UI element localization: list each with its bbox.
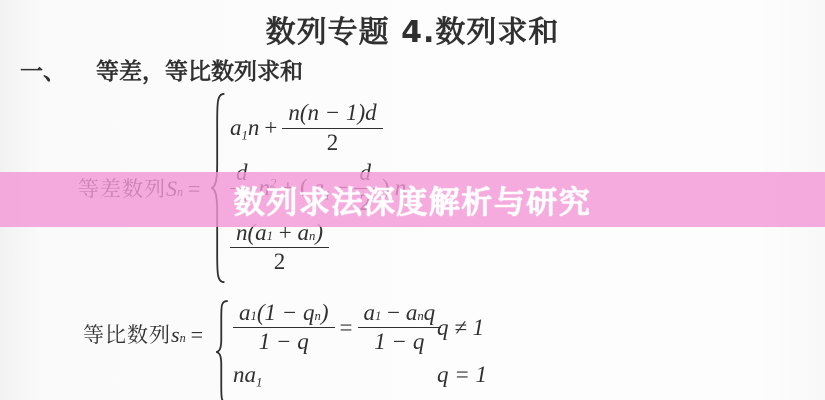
condition-q-equals-1: q = 1 xyxy=(437,362,487,388)
geometric-symbol: s xyxy=(171,322,180,348)
fraction: n(a1 + an) 2 xyxy=(230,220,329,276)
equals-sign: = xyxy=(340,315,353,341)
headline-banner: 数列求法深度解析与研究 xyxy=(0,172,825,227)
fraction-denominator: 2 xyxy=(274,248,286,275)
fraction-numerator: a1 − anq xyxy=(358,300,442,328)
math-token: na1 xyxy=(233,362,262,388)
fraction-denominator: 1 − q xyxy=(259,328,309,355)
geometric-sum-formula: 等比数列 sn = a1(1 − qn) 1 − q = xyxy=(83,300,533,400)
fraction-numerator: a1(1 − qn) xyxy=(233,300,335,328)
fraction-denominator: 1 − q xyxy=(374,328,424,355)
fraction-denominator: 2 xyxy=(327,129,339,156)
plus-operator: + xyxy=(264,115,277,141)
curly-brace-icon xyxy=(214,300,230,400)
geometric-cases: a1(1 − qn) 1 − q = a1 − anq 1 − q q ≠ 1 … xyxy=(233,300,533,388)
section-title: 等差，等比数列求和 xyxy=(96,53,303,86)
geometric-label-text: 等比数列 xyxy=(83,319,171,349)
document-page: 数列专题 4.数列求和 一、 等差，等比数列求和 等差数列 Sn = a1n +… xyxy=(0,0,825,400)
headline-text: 数列求法深度解析与研究 xyxy=(234,177,592,222)
geometric-case-2: na1 q = 1 xyxy=(233,362,533,388)
fraction: a1(1 − qn) 1 − q xyxy=(233,300,335,356)
arithmetic-case-3: n(a1 + an) 2 xyxy=(230,220,406,276)
fraction: a1 − anq 1 − q xyxy=(358,300,442,356)
fraction: n(n − 1)d 2 xyxy=(282,100,382,156)
math-token: a1n xyxy=(230,115,259,141)
arithmetic-case-1: a1n + n(n − 1)d 2 xyxy=(230,100,406,156)
geometric-case-1: a1(1 − qn) 1 − q = a1 − anq 1 − q q ≠ 1 xyxy=(233,300,533,356)
condition-q-not-1: q ≠ 1 xyxy=(437,315,484,341)
geometric-formula-label: 等比数列 sn = xyxy=(83,319,213,349)
equals-sign: = xyxy=(191,322,203,348)
section-number: 一、 xyxy=(20,53,66,86)
section-heading: 一、 等差，等比数列求和 xyxy=(20,53,303,86)
page-title: 数列专题 4.数列求和 xyxy=(0,7,825,51)
fraction-numerator: n(n − 1)d xyxy=(282,100,382,128)
